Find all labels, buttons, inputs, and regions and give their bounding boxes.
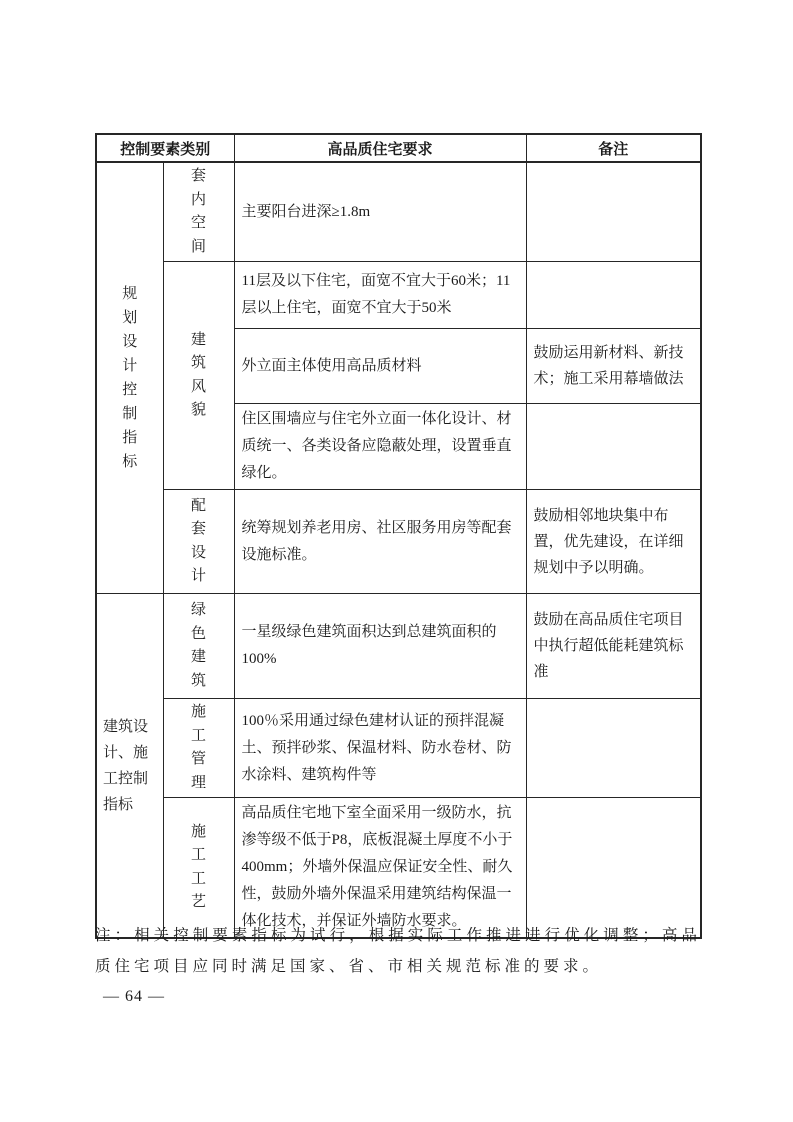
- subcategory-construction-technique: 施工工艺: [163, 798, 234, 939]
- subcategory-construction-management: 施工管理: [163, 699, 234, 798]
- footnote: 注：相关控制要素指标为试行，根据实际工作推进进行优化调整；高品质住宅项目应同时满…: [95, 920, 701, 982]
- remark-cell: 鼓励在高品质住宅项目中执行超低能耗建筑标准: [526, 594, 701, 699]
- remark-cell: [526, 404, 701, 490]
- category-planning-design: 规划设计控制指标: [96, 162, 163, 594]
- header-remark: 备注: [526, 134, 701, 162]
- category-construction: 建筑设计、施工控制指标: [96, 594, 163, 939]
- table-row: 建筑风貌 11层及以下住宅，面宽不宜大于60米；11层以上住宅，面宽不宜大于50…: [96, 262, 701, 329]
- requirement-cell: 外立面主体使用高品质材料: [234, 329, 526, 404]
- requirement-cell: 统筹规划养老用房、社区服务用房等配套设施标准。: [234, 490, 526, 594]
- table-row: 配套设计 统筹规划养老用房、社区服务用房等配套设施标准。 鼓励相邻地块集中布置，…: [96, 490, 701, 594]
- requirement-cell: 一星级绿色建筑面积达到总建筑面积的100%: [234, 594, 526, 699]
- requirement-cell: 主要阳台进深≥1.8m: [234, 162, 526, 262]
- table-row: 建筑设计、施工控制指标 绿色建筑 一星级绿色建筑面积达到总建筑面积的100% 鼓…: [96, 594, 701, 699]
- quality-requirements-table: 控制要素类别 高品质住宅要求 备注 规划设计控制指标 套内空间 主要阳台进深≥1…: [95, 133, 702, 939]
- requirement-cell: 100％采用通过绿色建材认证的预拌混凝土、预拌砂浆、保温材料、防水卷材、防水涂料…: [234, 699, 526, 798]
- header-category: 控制要素类别: [96, 134, 234, 162]
- subcategory-building-style-label: 建筑风貌: [190, 329, 207, 423]
- table-row: 施工工艺 高品质住宅地下室全面采用一级防水，抗渗等级不低于P8，底板混凝土厚度不…: [96, 798, 701, 939]
- subcategory-construction-management-label: 施工管理: [190, 701, 207, 795]
- remark-cell: [526, 699, 701, 798]
- subcategory-supporting-design-label: 配套设计: [190, 495, 207, 589]
- subcategory-indoor-space-label: 套内空间: [190, 165, 207, 259]
- remark-cell: [526, 162, 701, 262]
- remark-cell: [526, 262, 701, 329]
- subcategory-building-style: 建筑风貌: [163, 262, 234, 490]
- subcategory-green-building-label: 绿色建筑: [190, 599, 207, 693]
- subcategory-green-building: 绿色建筑: [163, 594, 234, 699]
- subcategory-supporting-design: 配套设计: [163, 490, 234, 594]
- requirement-cell: 11层及以下住宅，面宽不宜大于60米；11层以上住宅，面宽不宜大于50米: [234, 262, 526, 329]
- table-header-row: 控制要素类别 高品质住宅要求 备注: [96, 134, 701, 162]
- document-page: 控制要素类别 高品质住宅要求 备注 规划设计控制指标 套内空间 主要阳台进深≥1…: [0, 0, 793, 1122]
- table-row: 规划设计控制指标 套内空间 主要阳台进深≥1.8m: [96, 162, 701, 262]
- page-number: — 64 —: [103, 988, 165, 1006]
- remark-cell: [526, 798, 701, 939]
- requirement-cell: 住区围墙应与住宅外立面一体化设计、材质统一、各类设备应隐蔽处理，设置垂直绿化。: [234, 404, 526, 490]
- requirement-cell: 高品质住宅地下室全面采用一级防水，抗渗等级不低于P8，底板混凝土厚度不小于400…: [234, 798, 526, 939]
- subcategory-indoor-space: 套内空间: [163, 162, 234, 262]
- table-row: 施工管理 100％采用通过绿色建材认证的预拌混凝土、预拌砂浆、保温材料、防水卷材…: [96, 699, 701, 798]
- remark-cell: 鼓励相邻地块集中布置，优先建设，在详细规划中予以明确。: [526, 490, 701, 594]
- category-planning-design-label: 规划设计控制指标: [121, 282, 138, 474]
- remark-cell: 鼓励运用新材料、新技术；施工采用幕墙做法: [526, 329, 701, 404]
- subcategory-construction-technique-label: 施工工艺: [190, 821, 207, 915]
- header-requirement: 高品质住宅要求: [234, 134, 526, 162]
